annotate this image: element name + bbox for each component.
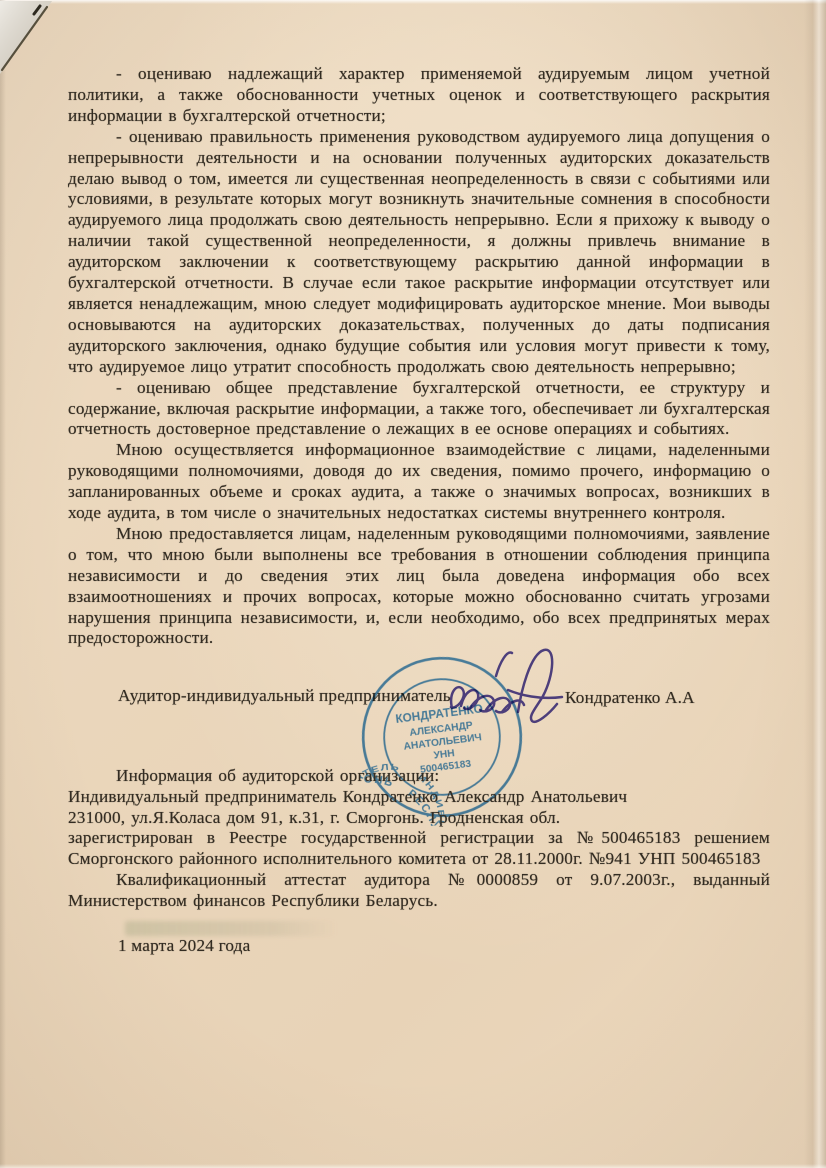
page-left-edge (0, 0, 6, 1168)
body-text: - оцениваю надлежащий характер применяем… (68, 64, 770, 649)
info-entrepreneur-line: Индивидуальный предприниматель Кондратен… (68, 787, 770, 808)
paragraph-overall-presentation: - оцениваю общее представление бухгалтер… (68, 378, 770, 441)
paragraph-independence-statement: Мною предоставляется лицам, наделенным р… (68, 524, 770, 649)
stamp-unn-label: УНН (433, 748, 455, 761)
info-certificate-line: Квалификационный аттестат аудитора №0000… (68, 870, 770, 912)
folded-corner (0, 0, 70, 90)
handwritten-signature (430, 638, 600, 738)
date-line: 1 марта 2024 года (118, 936, 250, 956)
paragraph-accounting-policy: - оцениваю надлежащий характер применяем… (68, 64, 770, 127)
page-bottom-edge (0, 1164, 826, 1168)
paragraph-going-concern: - оцениваю правильность применения руков… (68, 127, 770, 378)
info-heading: Информация об аудиторской организации: (68, 766, 770, 787)
page-top-edge (0, 0, 826, 4)
info-registration-line: зарегистрирован в Реестре государственно… (68, 828, 770, 870)
scanned-document-page: - оцениваю надлежащий характер применяем… (0, 0, 826, 1168)
info-address-line: 231000, ул.Я.Коласа дом 91, к.31, г. Смо… (68, 808, 770, 829)
paragraph-governance-communication: Мною осуществляется информационное взаим… (68, 440, 770, 524)
page-right-edge-shadow (804, 0, 826, 1168)
bleed-through-ghost-text (125, 921, 337, 936)
auditor-info-section: Информация об аудиторской организации: И… (68, 766, 770, 912)
